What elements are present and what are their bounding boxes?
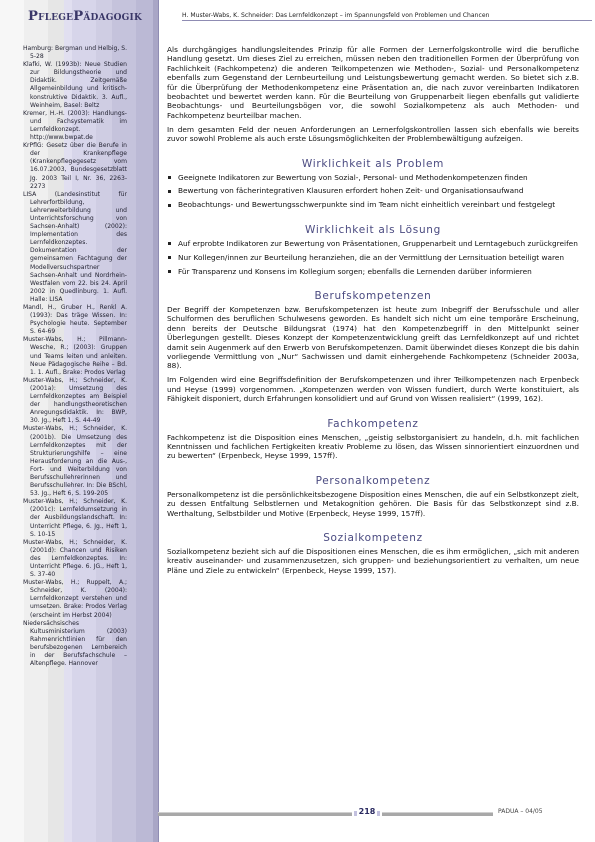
body-paragraph: Im Folgenden wird eine Begriffsdefinitio… xyxy=(167,375,579,403)
issue-label: PADUA – 04/05 xyxy=(498,808,543,815)
reference-item: KrPflG: Gesetz über die Berufe in der Kr… xyxy=(23,142,127,191)
reference-list: Hamburg: Bergman und Helbig, S. 5-28 Kla… xyxy=(23,45,127,668)
reference-item: Muster-Wabs, H.; Schneider, K. (2001d): … xyxy=(23,539,127,579)
reference-item: LISA (Landesinstitut für Lehrerfortbildu… xyxy=(23,191,127,304)
heading-personalkompetenz: Personalkompetenz xyxy=(167,475,579,487)
list-item: Auf erprobte Indikatoren zur Bewertung v… xyxy=(167,239,579,248)
heading-berufskompetenzen: Berufskompetenzen xyxy=(167,290,579,302)
list-item: Nur Kollegen/innen zur Beurteilung heran… xyxy=(167,253,579,262)
running-head: H. Muster-Wabs, K. Schneider: Das Lernfe… xyxy=(182,12,592,21)
reference-item: Muster-Wabs, H.; Pillmann-Wesche, R.; (2… xyxy=(23,336,127,376)
reference-item: Muster-Wabs, H.; Ruppelt, A.; Schneider,… xyxy=(23,579,127,619)
list-item: Geeignete Indikatoren zur Bewertung von … xyxy=(167,173,579,182)
body-paragraph: Sozialkompetenz bezieht sich auf die Dis… xyxy=(167,547,579,575)
main-column: Als durchgängiges handlungsleitendes Pri… xyxy=(167,45,579,580)
sidebar-stripe xyxy=(0,0,24,842)
heading-sozialkompetenz: Sozialkompetenz xyxy=(167,532,579,544)
body-paragraph: Der Begriff der Kompetenzen bzw. Berufsk… xyxy=(167,305,579,371)
heading-problem: Wirklichkeit als Problem xyxy=(167,158,579,170)
reference-item: Muster-Wabs, H.; Schneider, K. (2001a): … xyxy=(23,377,127,426)
reference-item: Mandl, H., Gruber H., Renkl A. (1993): D… xyxy=(23,304,127,336)
reference-item: Klafki, W. (1993b): Neue Studien zur Bil… xyxy=(23,61,127,110)
solution-list: Auf erprobte Indikatoren zur Bewertung v… xyxy=(167,239,579,276)
problem-list: Geeignete Indikatoren zur Bewertung von … xyxy=(167,173,579,210)
reference-item: Niedersächsisches Kultusministerium (200… xyxy=(23,620,127,669)
reference-item: Muster-Wabs, H.; Schneider, K. (2001c): … xyxy=(23,498,127,538)
list-item: Für Transparenz und Konsens im Kollegium… xyxy=(167,267,579,276)
body-paragraph: Personalkompetenz ist die persönlichkeit… xyxy=(167,490,579,518)
heading-solution: Wirklichkeit als Lösung xyxy=(167,224,579,236)
body-paragraph: Fachkompetenz ist die Disposition eines … xyxy=(167,433,579,461)
journal-logo: PflegePädagogik xyxy=(28,9,142,24)
intro-paragraph: Als durchgängiges handlungsleitendes Pri… xyxy=(167,45,579,120)
list-item: Beobachtungs- und Bewertungsschwerpunkte… xyxy=(167,200,579,209)
heading-fachkompetenz: Fachkompetenz xyxy=(167,418,579,430)
list-item: Bewertung von fächerintegrativen Klausur… xyxy=(167,186,579,195)
footer-rule xyxy=(158,812,493,816)
sidebar-edge xyxy=(153,0,159,842)
page-number: 218 xyxy=(352,807,382,819)
reference-item: Kremer, H.-H. (2003): Handlungs- und Fac… xyxy=(23,110,127,142)
reference-item: Muster-Wabs, H.; Schneider, K. (2001b). … xyxy=(23,425,127,498)
intro-paragraph: In dem gesamten Feld der neuen Anforderu… xyxy=(167,125,579,144)
reference-item: Hamburg: Bergman und Helbig, S. 5-28 xyxy=(23,45,127,61)
